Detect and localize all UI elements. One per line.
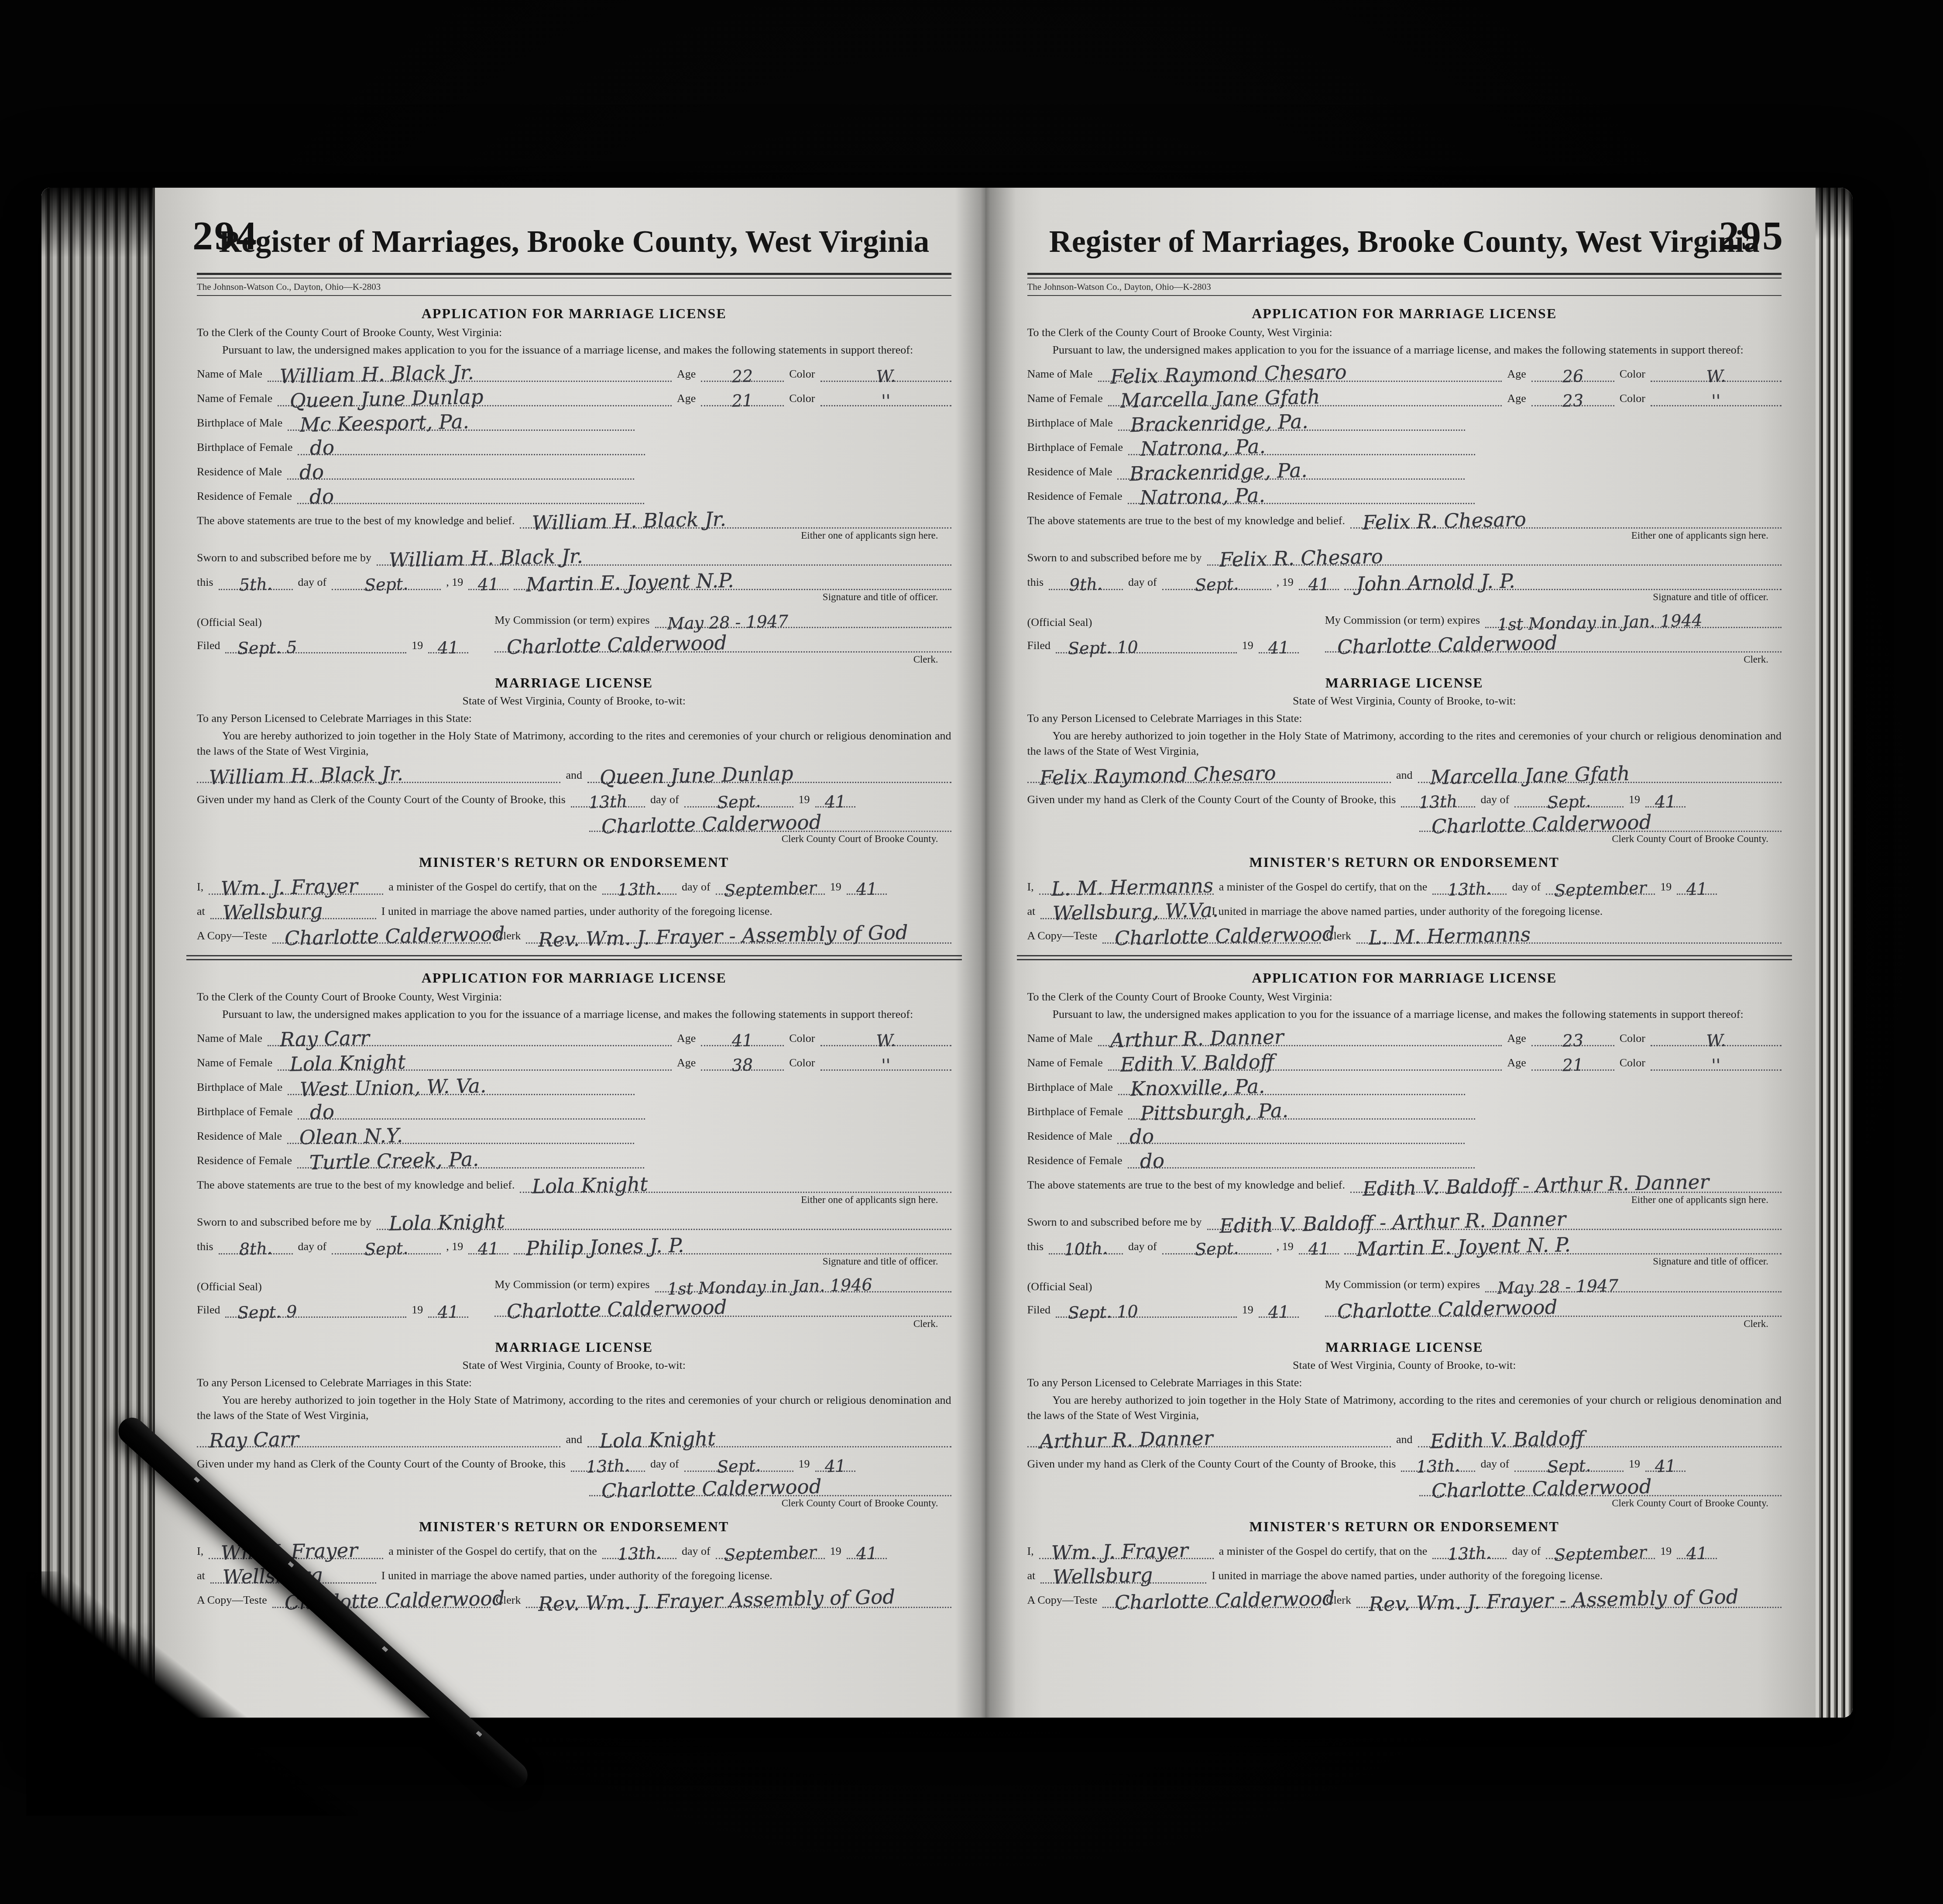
age-label: Age [677, 367, 696, 382]
license-clerk-signature-value: Charlotte Calderwood [1432, 811, 1652, 839]
i-label: I, [1027, 880, 1034, 895]
minister-month-field: September [716, 1541, 825, 1559]
applicant-signature-value: Lola Knight [532, 1172, 648, 1198]
female-age-field: 38 [701, 1052, 784, 1071]
male-color-field: W. [1651, 364, 1782, 382]
filed-date-value: Sept. 9 [237, 1302, 297, 1323]
seal-filed-block: (Official Seal) Filed Sept. 9 19 41 My C… [197, 1274, 951, 1330]
female-name-value: Queen June Dunlap [290, 385, 484, 412]
state-county-line: State of West Virginia, County of Brooke… [1027, 1359, 1782, 1372]
sworn-by-field: Lola Knight [377, 1212, 951, 1230]
sworn-row: Sworn to and subscribed before me by Lol… [197, 1212, 951, 1230]
united-label: I united in marriage the above named par… [381, 904, 772, 919]
filed-year-value: 41 [1268, 1302, 1290, 1322]
filed-year-value: 41 [1268, 638, 1290, 658]
residence-female-field: do [297, 486, 644, 504]
page-title: Register of Marriages, Brooke County, We… [197, 212, 951, 260]
residence-female-row: Residence of Female Turtle Creek, Pa. [197, 1150, 951, 1169]
male-color-value: W. [875, 1031, 896, 1051]
officer-signature-value: Martin E. Joyent N. P. [1356, 1233, 1571, 1261]
scanned-register-photo: { "header": { "title": "Register of Marr… [0, 0, 1943, 1904]
residence-male-label: Residence of Male [1027, 1129, 1112, 1144]
color-label: Color [1620, 367, 1645, 382]
minister-name-value: L. M. Hermanns [1051, 874, 1213, 900]
license-female-value: Lola Knight [600, 1427, 716, 1453]
license-year-value: 41 [1655, 1456, 1676, 1476]
marriage-record: APPLICATION FOR MARRIAGE LICENSE To the … [197, 970, 951, 1608]
female-color-value: '' [881, 391, 890, 411]
given-under-row: Given under my hand as Clerk of the Coun… [197, 1454, 951, 1472]
filed-date-field: Sept. 10 [1056, 1299, 1237, 1318]
male-name-value: Felix Raymond Chesaro [1110, 361, 1346, 388]
sworn-by-field: William H. Black Jr. [377, 547, 951, 566]
age-label: Age [1507, 1031, 1526, 1046]
sworn-day-value: 5th. [239, 574, 272, 595]
minister-month-field: September [1546, 1541, 1655, 1559]
residence-male-field: Brackenridge, Pa. [1117, 461, 1464, 480]
book-page-edges-left [41, 188, 155, 1718]
statements-row: The above statements are true to the bes… [1027, 1175, 1782, 1193]
license-names-row: William H. Black Jr. and Queen June Dunl… [197, 765, 951, 783]
sworn-month-field: Sept. [332, 572, 441, 590]
and-label: and [566, 1433, 582, 1447]
license-male-field: William H. Black Jr. [197, 765, 560, 783]
commission-field: May 28 - 1947 [655, 610, 951, 628]
birthplace-male-row: Birthplace of Male Mc Keesport, Pa. [197, 412, 951, 431]
female-name-value: Edith V. Baldoff [1120, 1050, 1274, 1076]
statements-label: The above statements are true to the bes… [1027, 1178, 1345, 1193]
residence-male-label: Residence of Male [197, 1129, 282, 1144]
officer-signature-field: John Arnold J. P. [1344, 572, 1782, 590]
minister-place-field: Wellsburg, W.Va. [1040, 901, 1206, 919]
age-label: Age [677, 1031, 696, 1046]
given-under-row: Given under my hand as Clerk of the Coun… [1027, 789, 1782, 808]
name-of-male-label: Name of Male [1027, 367, 1093, 382]
minister-day-value: 13th. [617, 1543, 662, 1564]
birthplace-male-label: Birthplace of Male [197, 416, 282, 431]
day-of-label: day of [650, 793, 679, 808]
certify-label: a minister of the Gospel do certify, tha… [388, 880, 597, 895]
given-under-label: Given under my hand as Clerk of the Coun… [197, 793, 566, 808]
sworn-year-value: 41 [477, 574, 499, 595]
birthplace-male-value: West Union, W. Va. [300, 1074, 487, 1101]
to-any-person-line: To any Person Licensed to Celebrate Marr… [197, 1376, 951, 1389]
sworn-month-field: Sept. [332, 1236, 441, 1254]
this-label: this [197, 575, 213, 590]
female-color-value: '' [1711, 1055, 1721, 1075]
minister-19-label: 19 [1660, 880, 1672, 895]
filed-clerk-signature-row: Charlotte Calderwood [1325, 1299, 1782, 1317]
residence-female-row: Residence of Female do [1027, 1150, 1782, 1169]
application-title: APPLICATION FOR MARRIAGE LICENSE [1027, 970, 1782, 986]
female-color-field: '' [1651, 1052, 1782, 1071]
birthplace-male-row: Birthplace of Male West Union, W. Va. [197, 1077, 951, 1095]
day-of-label: day of [1128, 1240, 1157, 1254]
filed-19-label: 19 [412, 639, 423, 653]
license-names-row: Felix Raymond Chesaro and Marcella Jane … [1027, 765, 1782, 783]
copy-teste-signature-field: Charlotte Calderwood [1102, 1590, 1321, 1608]
copy-teste-signature-value: Charlotte Calderwood [284, 922, 505, 950]
record-separator [186, 955, 962, 960]
applicant-signature-value: William H. Black Jr. [532, 508, 727, 535]
given-under-label: Given under my hand as Clerk of the Coun… [1027, 793, 1396, 808]
male-age-field: 41 [701, 1028, 784, 1046]
sworn-day-field: 5th. [219, 572, 293, 590]
age-label: Age [677, 1056, 696, 1071]
male-name-value: Ray Carr [280, 1026, 370, 1051]
filed-clerk-signature-value: Charlotte Calderwood [1337, 1296, 1557, 1323]
filed-row: Filed Sept. 10 19 41 [1027, 635, 1299, 653]
pursuant-paragraph: Pursuant to law, the undersigned makes a… [197, 343, 951, 357]
license-month-value: Sept. [717, 1456, 761, 1476]
male-color-value: W. [875, 367, 896, 387]
officer-signature-value: Philip Jones J. P. [526, 1234, 684, 1260]
license-day-value: 13th [1419, 791, 1458, 812]
commission-value: May 28 - 1947 [1497, 1276, 1619, 1298]
license-year-value: 41 [824, 792, 846, 812]
male-name-field: Ray Carr [268, 1028, 672, 1046]
official-seal-label: (Official Seal) [197, 1280, 468, 1293]
sworn-month-value: Sept. [1195, 1239, 1239, 1259]
given-under-row: Given under my hand as Clerk of the Coun… [197, 789, 951, 808]
day-of-label: day of [1480, 1457, 1509, 1472]
and-label: and [1396, 1433, 1413, 1447]
filed-row: Filed Sept. 9 19 41 [197, 1299, 468, 1318]
license-day-value: 13th. [586, 1456, 630, 1476]
license-names-row: Arthur R. Danner and Edith V. Baldoff [1027, 1429, 1782, 1447]
license-title: MARRIAGE LICENSE [197, 675, 951, 691]
license-month-field: Sept. [684, 1454, 793, 1472]
color-label: Color [789, 1056, 815, 1071]
page-294: 294 Register of Marriages, Brooke County… [155, 188, 985, 1718]
authorized-paragraph: You are hereby authorized to join togeth… [1027, 729, 1782, 759]
statements-row: The above statements are true to the bes… [197, 510, 951, 529]
page-295-header: 295 Register of Marriages, Brooke County… [1027, 212, 1782, 296]
certify-label: a minister of the Gospel do certify, tha… [1219, 880, 1428, 895]
female-age-value: 21 [1562, 1055, 1584, 1075]
female-age-field: 23 [1531, 388, 1614, 406]
license-clerk-signature-row: Charlotte Calderwood [589, 814, 951, 832]
commission-row: My Commission (or term) expires May 28 -… [494, 610, 951, 628]
filed-19-label: 19 [412, 1303, 423, 1318]
sworn-month-field: Sept. [1162, 572, 1271, 590]
name-of-female-row: Name of Female Edith V. Baldoff Age 21 C… [1027, 1052, 1782, 1071]
age-label: Age [677, 392, 696, 406]
birthplace-male-label: Birthplace of Male [1027, 416, 1113, 431]
commission-label: My Commission (or term) expires [1325, 613, 1480, 628]
color-label: Color [1620, 392, 1645, 406]
name-of-female-label: Name of Female [1027, 392, 1103, 406]
applicant-signature-value: Felix R. Chesaro [1362, 508, 1526, 534]
commission-field: 1st Monday in Jan. 1946 [655, 1274, 951, 1292]
residence-male-value: do [299, 461, 324, 484]
commission-value: 1st Monday in Jan. 1944 [1497, 611, 1703, 634]
residence-female-label: Residence of Female [1027, 1154, 1123, 1169]
minister-19-label: 19 [1660, 1544, 1672, 1559]
birthplace-female-label: Birthplace of Female [1027, 440, 1123, 455]
copy-teste-signature-field: Charlotte Calderwood [272, 925, 491, 944]
commission-row: My Commission (or term) expires May 28 -… [1325, 1274, 1782, 1292]
female-age-field: 21 [1531, 1052, 1614, 1071]
male-age-value: 26 [1562, 366, 1584, 386]
residence-male-label: Residence of Male [197, 465, 282, 480]
birthplace-female-row: Birthplace of Female do [197, 1101, 951, 1120]
residence-female-label: Residence of Female [197, 489, 292, 504]
name-of-female-label: Name of Female [197, 392, 272, 406]
sworn-by-value: Lola Knight [389, 1210, 505, 1235]
license-clerk-signature-value: Charlotte Calderwood [601, 1475, 821, 1503]
day-of-label: day of [1512, 880, 1541, 895]
license-day-value: 13th [588, 791, 628, 812]
copy-teste-row: A Copy—Teste Charlotte Calderwood Clerk … [197, 925, 951, 944]
minister-place-value: Wellsburg, W.Va. [1053, 898, 1219, 925]
birthplace-female-field: Pittsburgh, Pa. [1128, 1101, 1475, 1120]
minister-year-value: 41 [1686, 879, 1708, 899]
license-clerk-signature-field: Charlotte Calderwood [589, 814, 951, 832]
printer-imprint: The Johnson-Watson Co., Dayton, Ohio—K-2… [1027, 282, 1211, 292]
license-male-value: Ray Carr [209, 1427, 299, 1452]
filed-clerk-signature-field: Charlotte Calderwood [494, 634, 951, 653]
marriage-record: APPLICATION FOR MARRIAGE LICENSE To the … [1027, 306, 1782, 944]
name-of-male-label: Name of Male [197, 1031, 262, 1046]
seal-filed-block: (Official Seal) Filed Sept. 10 19 41 My … [1027, 610, 1782, 665]
license-year-field: 41 [815, 789, 855, 808]
minister-certify-row: I, L. M. Hermanns a minister of the Gosp… [1027, 876, 1782, 895]
officer-signature-value: Martin E. Joyent N.P. [526, 569, 734, 596]
male-name-value: Arthur R. Danner [1110, 1025, 1284, 1052]
residence-female-row: Residence of Female do [197, 486, 951, 504]
name-of-male-label: Name of Male [197, 367, 262, 382]
pursuant-paragraph: Pursuant to law, the undersigned makes a… [1027, 1007, 1782, 1022]
clerk-address-line: To the Clerk of the County Court of Broo… [197, 326, 951, 339]
at-label: at [1027, 1569, 1036, 1584]
license-female-field: Lola Knight [587, 1429, 951, 1447]
comma-19-label: , 19 [1277, 575, 1294, 590]
birthplace-male-label: Birthplace of Male [1027, 1080, 1113, 1095]
license-month-value: Sept. [717, 791, 761, 812]
officer-signature-field: Philip Jones J. P. [514, 1236, 951, 1254]
female-name-field: Lola Knight [278, 1052, 672, 1071]
filed-label: Filed [1027, 1303, 1050, 1318]
filed-label: Filed [197, 639, 220, 653]
seal-filed-block: (Official Seal) Filed Sept. 10 19 41 My … [1027, 1274, 1782, 1330]
minister-day-field: 13th. [1432, 1541, 1507, 1559]
statements-label: The above statements are true to the bes… [197, 1178, 515, 1193]
minister-19-label: 19 [830, 1544, 841, 1559]
minister-day-value: 13th. [617, 879, 662, 899]
at-label: at [1027, 904, 1036, 919]
residence-female-label: Residence of Female [1027, 489, 1123, 504]
license-year-value: 41 [1655, 792, 1676, 812]
male-age-value: 41 [731, 1031, 753, 1051]
sworn-label: Sworn to and subscribed before me by [1027, 1215, 1202, 1230]
commission-row: My Commission (or term) expires 1st Mond… [1325, 610, 1782, 628]
i-label: I, [197, 880, 203, 895]
license-19-label: 19 [799, 793, 810, 808]
united-label: I united in marriage the above named par… [381, 1569, 772, 1584]
age-label: Age [1507, 1056, 1526, 1071]
minister-month-value: September [1554, 878, 1647, 900]
license-male-field: Ray Carr [197, 1429, 560, 1447]
certify-label: a minister of the Gospel do certify, tha… [1219, 1544, 1428, 1559]
filed-clerk-signature-field: Charlotte Calderwood [1325, 1299, 1782, 1317]
minister-signature-value: Rev. Wm. J. Frayer Assembly of God [538, 1585, 896, 1615]
birthplace-male-field: West Union, W. Va. [288, 1077, 635, 1095]
birthplace-female-value: Natrona, Pa. [1140, 435, 1266, 461]
residence-female-label: Residence of Female [197, 1154, 292, 1169]
birthplace-female-row: Birthplace of Female Natrona, Pa. [1027, 437, 1782, 455]
license-year-field: 41 [815, 1454, 855, 1472]
day-of-label: day of [682, 880, 711, 895]
female-color-field: '' [1651, 388, 1782, 406]
marriage-record: APPLICATION FOR MARRIAGE LICENSE To the … [197, 306, 951, 944]
sworn-by-value: Felix R. Chesaro [1219, 545, 1383, 571]
residence-female-field: Turtle Creek, Pa. [297, 1150, 644, 1169]
sworn-day-value: 10th. [1064, 1239, 1108, 1259]
license-19-label: 19 [799, 1457, 810, 1472]
comma-19-label: , 19 [446, 575, 463, 590]
applicant-signature-field: Felix R. Chesaro [1350, 510, 1782, 529]
residence-female-value: Natrona, Pa. [1140, 484, 1265, 509]
sworn-label: Sworn to and subscribed before me by [1027, 551, 1202, 566]
license-day-field: 13th [1401, 789, 1475, 808]
male-age-field: 26 [1531, 364, 1614, 382]
united-label: I united in marriage the above named par… [1212, 1569, 1603, 1584]
license-female-value: Queen June Dunlap [600, 762, 793, 789]
day-of-label: day of [650, 1457, 679, 1472]
and-label: and [566, 768, 582, 783]
filed-date-field: Sept. 9 [225, 1299, 406, 1318]
female-name-field: Queen June Dunlap [278, 388, 672, 406]
sworn-year-value: 41 [1308, 1239, 1330, 1259]
filed-date-value: Sept. 5 [237, 638, 297, 658]
copy-teste-label: A Copy—Teste [197, 929, 267, 944]
day-of-label: day of [682, 1544, 711, 1559]
license-names-row: Ray Carr and Lola Knight [197, 1429, 951, 1447]
filed-year-field: 41 [428, 635, 468, 653]
birthplace-female-field: Natrona, Pa. [1128, 437, 1475, 455]
copy-teste-signature-field: Charlotte Calderwood [1102, 925, 1321, 944]
filed-date-field: Sept. 5 [225, 635, 406, 653]
minister-year-field: 41 [1677, 1541, 1717, 1559]
this-label: this [1027, 575, 1044, 590]
birthplace-female-label: Birthplace of Female [197, 440, 292, 455]
sworn-year-value: 41 [477, 1239, 499, 1259]
minister-day-value: 13th. [1448, 879, 1492, 899]
filed-clerk-signature-row: Charlotte Calderwood [494, 634, 951, 653]
commission-label: My Commission (or term) expires [1325, 1278, 1480, 1292]
official-seal-label: (Official Seal) [1027, 1280, 1299, 1293]
day-of-label: day of [1512, 1544, 1541, 1559]
copy-teste-row: A Copy—Teste Charlotte Calderwood Clerk … [1027, 925, 1782, 944]
minister-year-field: 41 [1677, 876, 1717, 895]
birthplace-female-value: do [310, 1100, 335, 1124]
license-clerk-signature-value: Charlotte Calderwood [601, 811, 821, 839]
page-295: 295 Register of Marriages, Brooke County… [985, 188, 1816, 1718]
official-seal-label: (Official Seal) [1027, 616, 1299, 629]
commission-row: My Commission (or term) expires 1st Mond… [494, 1274, 951, 1292]
to-any-person-line: To any Person Licensed to Celebrate Marr… [1027, 1376, 1782, 1389]
minister-month-value: September [1554, 1542, 1647, 1564]
minister-year-value: 41 [1686, 1543, 1708, 1564]
filed-date-field: Sept. 10 [1056, 635, 1237, 653]
sworn-day-value: 8th. [239, 1239, 272, 1259]
minister-year-value: 41 [856, 879, 878, 899]
minister-year-field: 41 [847, 1541, 887, 1559]
minister-name-field: L. M. Hermanns [1039, 876, 1214, 895]
license-clerk-signature-row: Charlotte Calderwood [589, 1478, 951, 1496]
filed-row: Filed Sept. 10 19 41 [1027, 1299, 1299, 1318]
minister-signature-field: L. M. Hermanns [1356, 925, 1782, 944]
license-19-label: 19 [1629, 1457, 1640, 1472]
sworn-date-officer-row: this 5th. day of Sept. , 19 41 Martin E.… [197, 572, 951, 590]
state-county-line: State of West Virginia, County of Brooke… [1027, 694, 1782, 708]
residence-female-value: do [1140, 1149, 1164, 1173]
license-female-field: Edith V. Baldoff [1418, 1429, 1782, 1447]
minister-signature-value: L. M. Hermanns [1368, 923, 1531, 949]
female-color-field: '' [820, 388, 951, 406]
minister-name-value: Wm. J. Frayer [221, 874, 358, 900]
photo-background: 294 Register of Marriages, Brooke County… [0, 0, 1943, 1904]
statements-label: The above statements are true to the bes… [1027, 514, 1345, 529]
filed-clerk-signature-row: Charlotte Calderwood [494, 1299, 951, 1317]
minister-place-field: Wellsburg [210, 901, 376, 919]
name-of-female-row: Name of Female Queen June Dunlap Age 21 … [197, 388, 951, 406]
statements-label: The above statements are true to the bes… [197, 514, 515, 529]
applicant-signature-field: William H. Black Jr. [520, 510, 951, 529]
license-day-field: 13th. [571, 1454, 645, 1472]
day-of-label: day of [1128, 575, 1157, 590]
this-label: this [1027, 1240, 1044, 1254]
license-month-value: Sept. [1547, 1456, 1591, 1476]
color-label: Color [1620, 1031, 1645, 1046]
clerk-address-line: To the Clerk of the County Court of Broo… [197, 990, 951, 1004]
filed-year-field: 41 [428, 1299, 468, 1318]
united-label: I united in marriage the above named par… [1212, 904, 1603, 919]
license-title: MARRIAGE LICENSE [1027, 1339, 1782, 1355]
female-name-value: Marcella Jane Gfath [1120, 385, 1320, 413]
filed-19-label: 19 [1242, 1303, 1253, 1318]
filed-clerk-signature-field: Charlotte Calderwood [494, 1299, 951, 1317]
i-label: I, [197, 1544, 203, 1559]
birthplace-female-field: do [298, 437, 645, 455]
comma-19-label: , 19 [446, 1240, 463, 1254]
sworn-year-field: 41 [468, 572, 508, 590]
name-of-male-row: Name of Male Felix Raymond Chesaro Age 2… [1027, 364, 1782, 382]
license-male-field: Arthur R. Danner [1027, 1429, 1391, 1447]
male-age-field: 23 [1531, 1028, 1614, 1046]
official-seal-label: (Official Seal) [197, 616, 468, 629]
license-male-value: Felix Raymond Chesaro [1039, 761, 1276, 789]
birthplace-male-field: Brackenridge, Pa. [1118, 412, 1465, 431]
sworn-label: Sworn to and subscribed before me by [197, 1215, 371, 1230]
female-age-value: 38 [731, 1055, 753, 1075]
sworn-year-field: 41 [468, 1236, 508, 1254]
day-of-label: day of [1480, 793, 1509, 808]
statements-row: The above statements are true to the bes… [197, 1175, 951, 1193]
birthplace-male-value: Brackenridge, Pa. [1130, 410, 1308, 437]
day-of-label: day of [298, 1240, 327, 1254]
officer-signature-value: John Arnold J. P. [1356, 570, 1515, 596]
officer-signature-field: Martin E. Joyent N.P. [514, 572, 951, 590]
birthplace-female-row: Birthplace of Female Pittsburgh, Pa. [1027, 1101, 1782, 1120]
sworn-row: Sworn to and subscribed before me by Fel… [1027, 547, 1782, 566]
pursuant-paragraph: Pursuant to law, the undersigned makes a… [197, 1007, 951, 1022]
minister-place-field: Wellsburg [1040, 1565, 1206, 1584]
sworn-by-value: William H. Black Jr. [389, 545, 584, 572]
applicant-signature-field: Lola Knight [520, 1175, 951, 1193]
minister-return-title: MINISTER'S RETURN OR ENDORSEMENT [197, 1519, 951, 1535]
